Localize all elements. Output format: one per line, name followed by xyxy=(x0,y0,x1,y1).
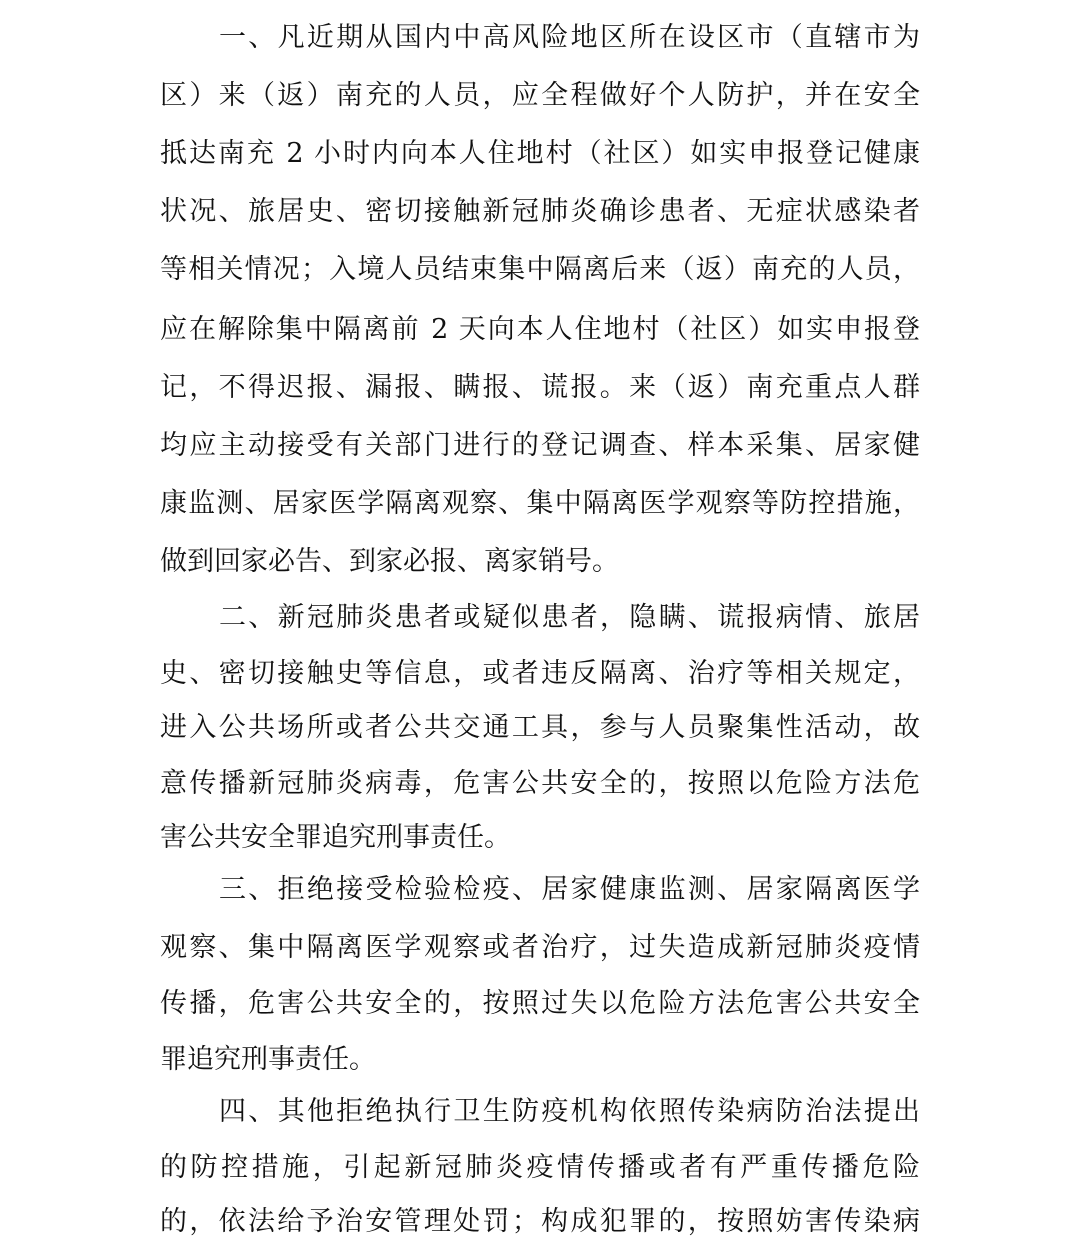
paragraph-1-line-9: 康监测、居家医学隔离观察、集中隔离医学观察等防控措施， xyxy=(160,484,920,524)
paragraph-3-line-4: 罪追究刑事责任。 xyxy=(160,1040,920,1080)
paragraph-1-line-4: 状况、旅居史、密切接触新冠肺炎确诊患者、无症状感染者 xyxy=(160,192,920,232)
paragraph-4-line-3: 的，依法给予治安管理处罚；构成犯罪的，按照妨害传染病 xyxy=(160,1202,920,1242)
paragraph-1-line-6: 应在解除集中隔离前 2 天向本人住地村（社区）如实申报登 xyxy=(160,310,920,350)
paragraph-2-line-3: 进入公共场所或者公共交通工具，参与人员聚集性活动，故 xyxy=(160,708,920,748)
paragraph-3-line-1: 三、拒绝接受检验检疫、居家健康监测、居家隔离医学 xyxy=(219,870,920,910)
paragraph-2-line-1: 二、新冠肺炎患者或疑似患者，隐瞒、谎报病情、旅居 xyxy=(219,598,920,638)
paragraph-1-line-3: 抵达南充 2 小时内向本人住地村（社区）如实申报登记健康 xyxy=(160,134,920,174)
paragraph-1-line-2: 区）来（返）南充的人员，应全程做好个人防护，并在安全 xyxy=(160,76,920,116)
paragraph-3-line-2: 观察、集中隔离医学观察或者治疗，过失造成新冠肺炎疫情 xyxy=(160,928,920,968)
paragraph-3-line-3: 传播，危害公共安全的，按照过失以危险方法危害公共安全 xyxy=(160,984,920,1024)
paragraph-4-line-2: 的防控措施，引起新冠肺炎疫情传播或者有严重传播危险 xyxy=(160,1148,920,1188)
paragraph-2-line-4: 意传播新冠肺炎病毒，危害公共安全的，按照以危险方法危 xyxy=(160,764,920,804)
paragraph-2-line-2: 史、密切接触史等信息，或者违反隔离、治疗等相关规定， xyxy=(160,654,920,694)
paragraph-1-line-7: 记，不得迟报、漏报、瞒报、谎报。来（返）南充重点人群 xyxy=(160,368,920,408)
paragraph-4-line-1: 四、其他拒绝执行卫生防疫机构依照传染病防治法提出 xyxy=(219,1092,920,1132)
paragraph-1-line-1: 一、凡近期从国内中高风险地区所在设区市（直辖市为 xyxy=(219,18,920,58)
paragraph-1-line-5: 等相关情况；入境人员结束集中隔离后来（返）南充的人员， xyxy=(160,250,920,290)
document-page: 一、凡近期从国内中高风险地区所在设区市（直辖市为 区）来（返）南充的人员，应全程… xyxy=(0,0,1080,1245)
paragraph-2-line-5: 害公共安全罪追究刑事责任。 xyxy=(160,818,920,858)
paragraph-1-line-8: 均应主动接受有关部门进行的登记调查、样本采集、居家健 xyxy=(160,426,920,466)
paragraph-1-line-10: 做到回家必告、到家必报、离家销号。 xyxy=(160,542,920,582)
